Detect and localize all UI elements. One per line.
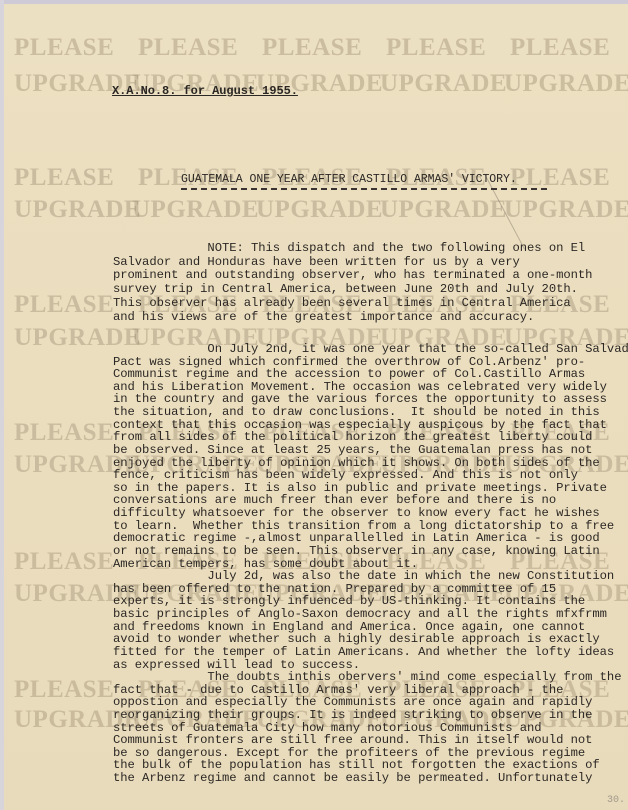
title-underline <box>181 188 547 190</box>
document-title: GUATEMALA ONE YEAR AFTER CASTILLO ARMAS'… <box>181 173 517 187</box>
body-line: the Arbenz regime and cannot be easily b… <box>113 772 592 786</box>
document-page: PLEASEPLEASEPLEASEPLEASEPLEASEPLEASEPLEA… <box>4 4 628 810</box>
watermark-word: PLEASE <box>14 164 138 192</box>
watermark-word: PLEASE <box>510 34 628 62</box>
note-line: This observer has already been several t… <box>113 297 571 311</box>
watermark-row: UPGRADEUPGRADEUPGRADEUPGRADEUPGRADE <box>14 196 628 224</box>
document-reference: X.A.No.8. for August 1955. <box>112 85 298 99</box>
watermark-word: UPGRADE <box>504 70 628 98</box>
note-line: Salvador and Honduras have been written … <box>113 256 520 270</box>
watermark-word: UPGRADE <box>256 196 380 224</box>
note-line: prominent and outstanding observer, who … <box>113 269 592 283</box>
watermark-word: PLEASE <box>14 34 138 62</box>
watermark-row: UPGRADEUPGRADEUPGRADEUPGRADEUPGRADE <box>14 70 628 98</box>
watermark-word: PLEASE <box>386 34 510 62</box>
note-line: survey trip in Central America, between … <box>113 283 578 297</box>
note-line: NOTE: This dispatch and the two followin… <box>113 242 585 256</box>
watermark-word: UPGRADE <box>14 196 132 224</box>
watermark-word: UPGRADE <box>380 196 504 224</box>
watermark-word: UPGRADE <box>132 196 256 224</box>
watermark-word: UPGRADE <box>504 196 628 224</box>
watermark-word: PLEASE <box>138 34 262 62</box>
watermark-word: PLEASE <box>262 34 386 62</box>
watermark-word: UPGRADE <box>380 70 504 98</box>
watermark-row: PLEASEPLEASEPLEASEPLEASEPLEASE <box>14 34 628 62</box>
page-number: 30. <box>607 795 625 806</box>
note-line: and his views are of the greatest import… <box>113 311 534 325</box>
